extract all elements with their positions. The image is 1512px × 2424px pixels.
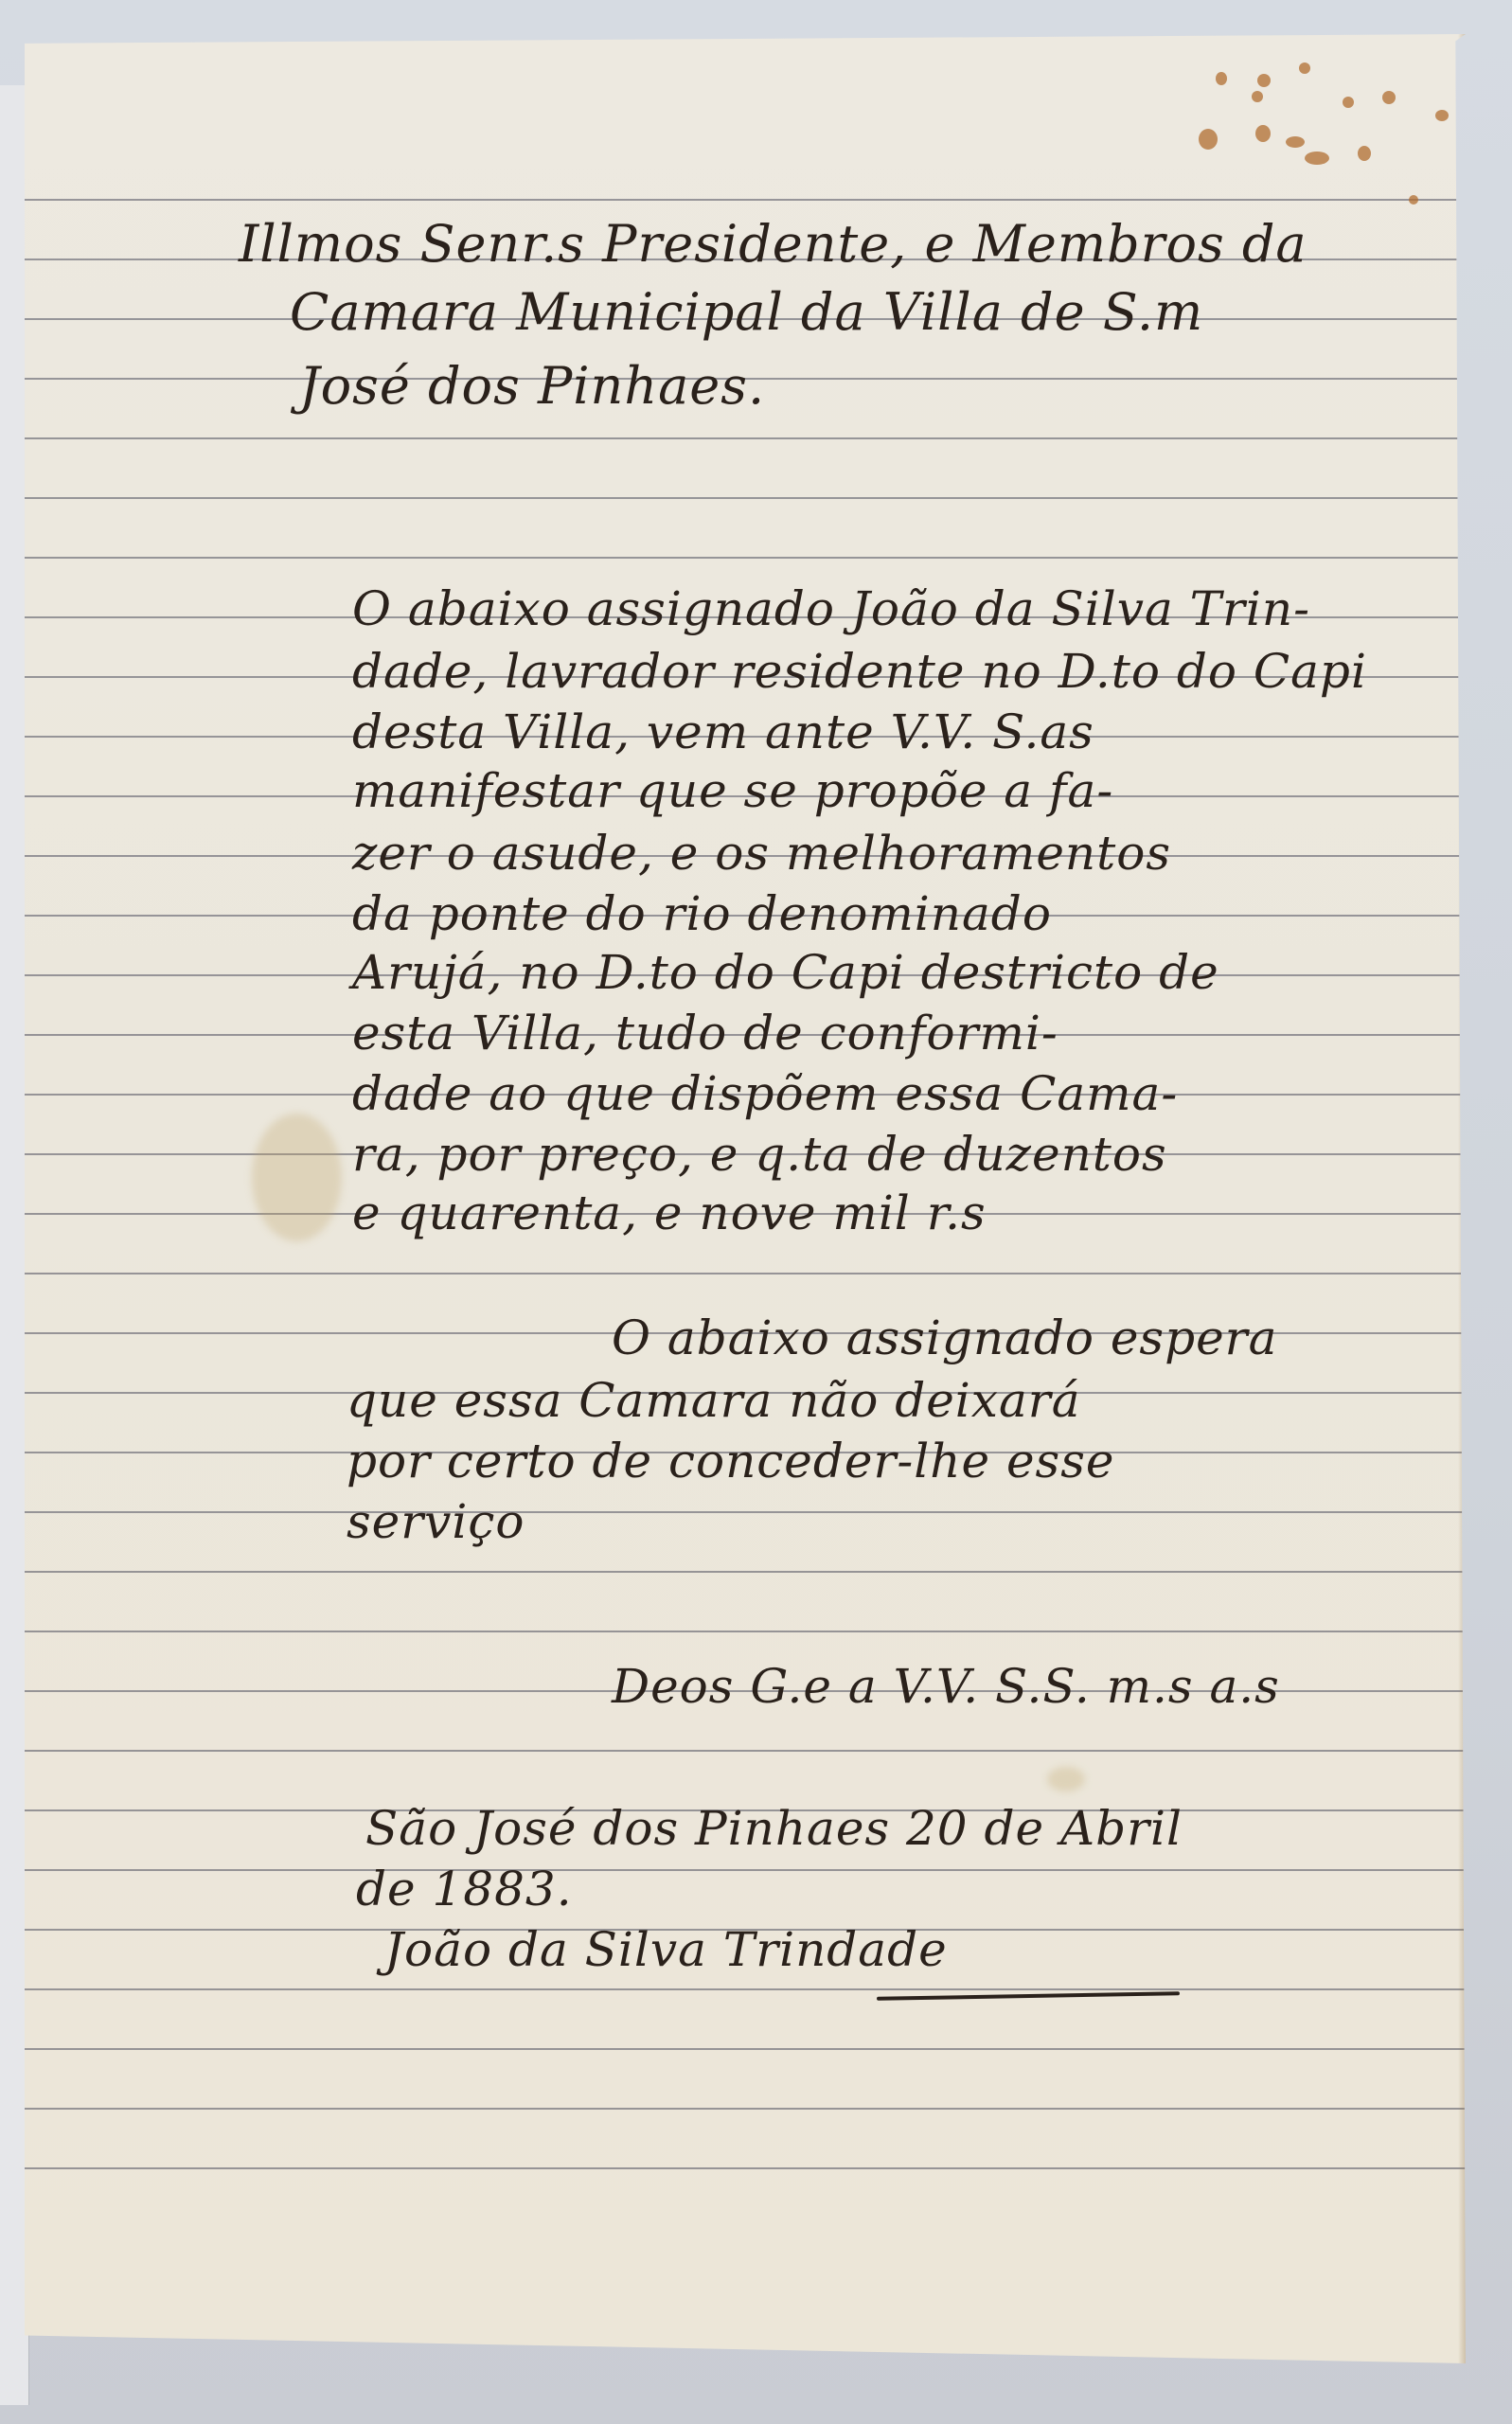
foxing-stain	[1343, 97, 1354, 108]
closing-line: Deos G.e a V.V. S.S. m.s a.s	[612, 1659, 1280, 1714]
document-page: Illmos Senr.s Presidente, e Membros da C…	[25, 34, 1466, 2363]
ruled-line	[25, 199, 1466, 201]
ruled-line	[25, 557, 1466, 559]
ruled-line	[25, 1869, 1466, 1871]
body-line: desta Villa, vem ante V.V. S.as	[352, 704, 1094, 759]
foxing-stain	[1435, 110, 1449, 121]
foxing-stain	[1358, 146, 1371, 161]
body-line: que essa Camara não deixará	[347, 1373, 1081, 1428]
body-line: e quarenta, e nove mil r.s	[352, 1185, 987, 1240]
ruled-line	[25, 497, 1466, 499]
body-line: Arujá, no D.to do Capi destricto de	[352, 945, 1219, 1000]
ruled-line	[25, 1988, 1466, 1990]
body-line: da ponte do rio denominado	[352, 886, 1052, 941]
foxing-stain	[1252, 91, 1263, 102]
place-date-line: São José dos Pinhaes 20 de Abril	[365, 1801, 1183, 1856]
ruled-line	[25, 1273, 1466, 1274]
body-line: dade, lavrador residente no D.to do Capi	[352, 644, 1367, 699]
ruled-line	[25, 2108, 1466, 2110]
ruled-line	[25, 2167, 1466, 2169]
foxing-stain	[1257, 74, 1271, 87]
foxing-stain	[1216, 72, 1227, 85]
salutation-line-2: Camara Municipal da Villa de S.m	[290, 282, 1203, 342]
signature-underline	[877, 1991, 1180, 2001]
foxing-stain	[1299, 62, 1310, 74]
foxing-stain	[1199, 129, 1218, 150]
foxing-stain	[1286, 136, 1305, 148]
body-line: por certo de conceder-lhe esse	[347, 1434, 1114, 1488]
water-stain	[252, 1114, 342, 1241]
body-line: zer o asude, e os melhoramentos	[352, 826, 1171, 881]
body-line: dade ao que dispõem essa Cama-	[352, 1066, 1178, 1121]
water-stain	[1047, 1767, 1085, 1791]
ruled-line	[25, 2048, 1466, 2050]
body-line: O abaixo assignado espera	[612, 1310, 1277, 1365]
salutation-line-1: Illmos Senr.s Presidente, e Membros da	[239, 214, 1307, 274]
place-date-year: de 1883.	[356, 1862, 573, 1916]
signature: João da Silva Trindade	[384, 1922, 948, 1977]
ruled-line	[25, 1571, 1466, 1573]
body-line: manifestar que se propõe a fa-	[352, 763, 1113, 818]
ruled-line	[25, 1511, 1466, 1513]
salutation-line-3: José dos Pinhaes.	[299, 356, 765, 416]
foxing-stain	[1305, 151, 1329, 165]
body-line: serviço	[347, 1494, 525, 1549]
foxing-stain	[1409, 195, 1418, 205]
ruled-line	[25, 1750, 1466, 1752]
body-line: O abaixo assignado João da Silva Trin-	[352, 581, 1310, 636]
ruled-line	[25, 1631, 1466, 1632]
ruled-line	[25, 437, 1466, 439]
foxing-stain	[1382, 91, 1396, 104]
body-line: esta Villa, tudo de conformi-	[352, 1006, 1058, 1060]
foxing-stain	[1255, 125, 1271, 142]
body-line: ra, por preço, e q.ta de duzentos	[352, 1127, 1167, 1182]
